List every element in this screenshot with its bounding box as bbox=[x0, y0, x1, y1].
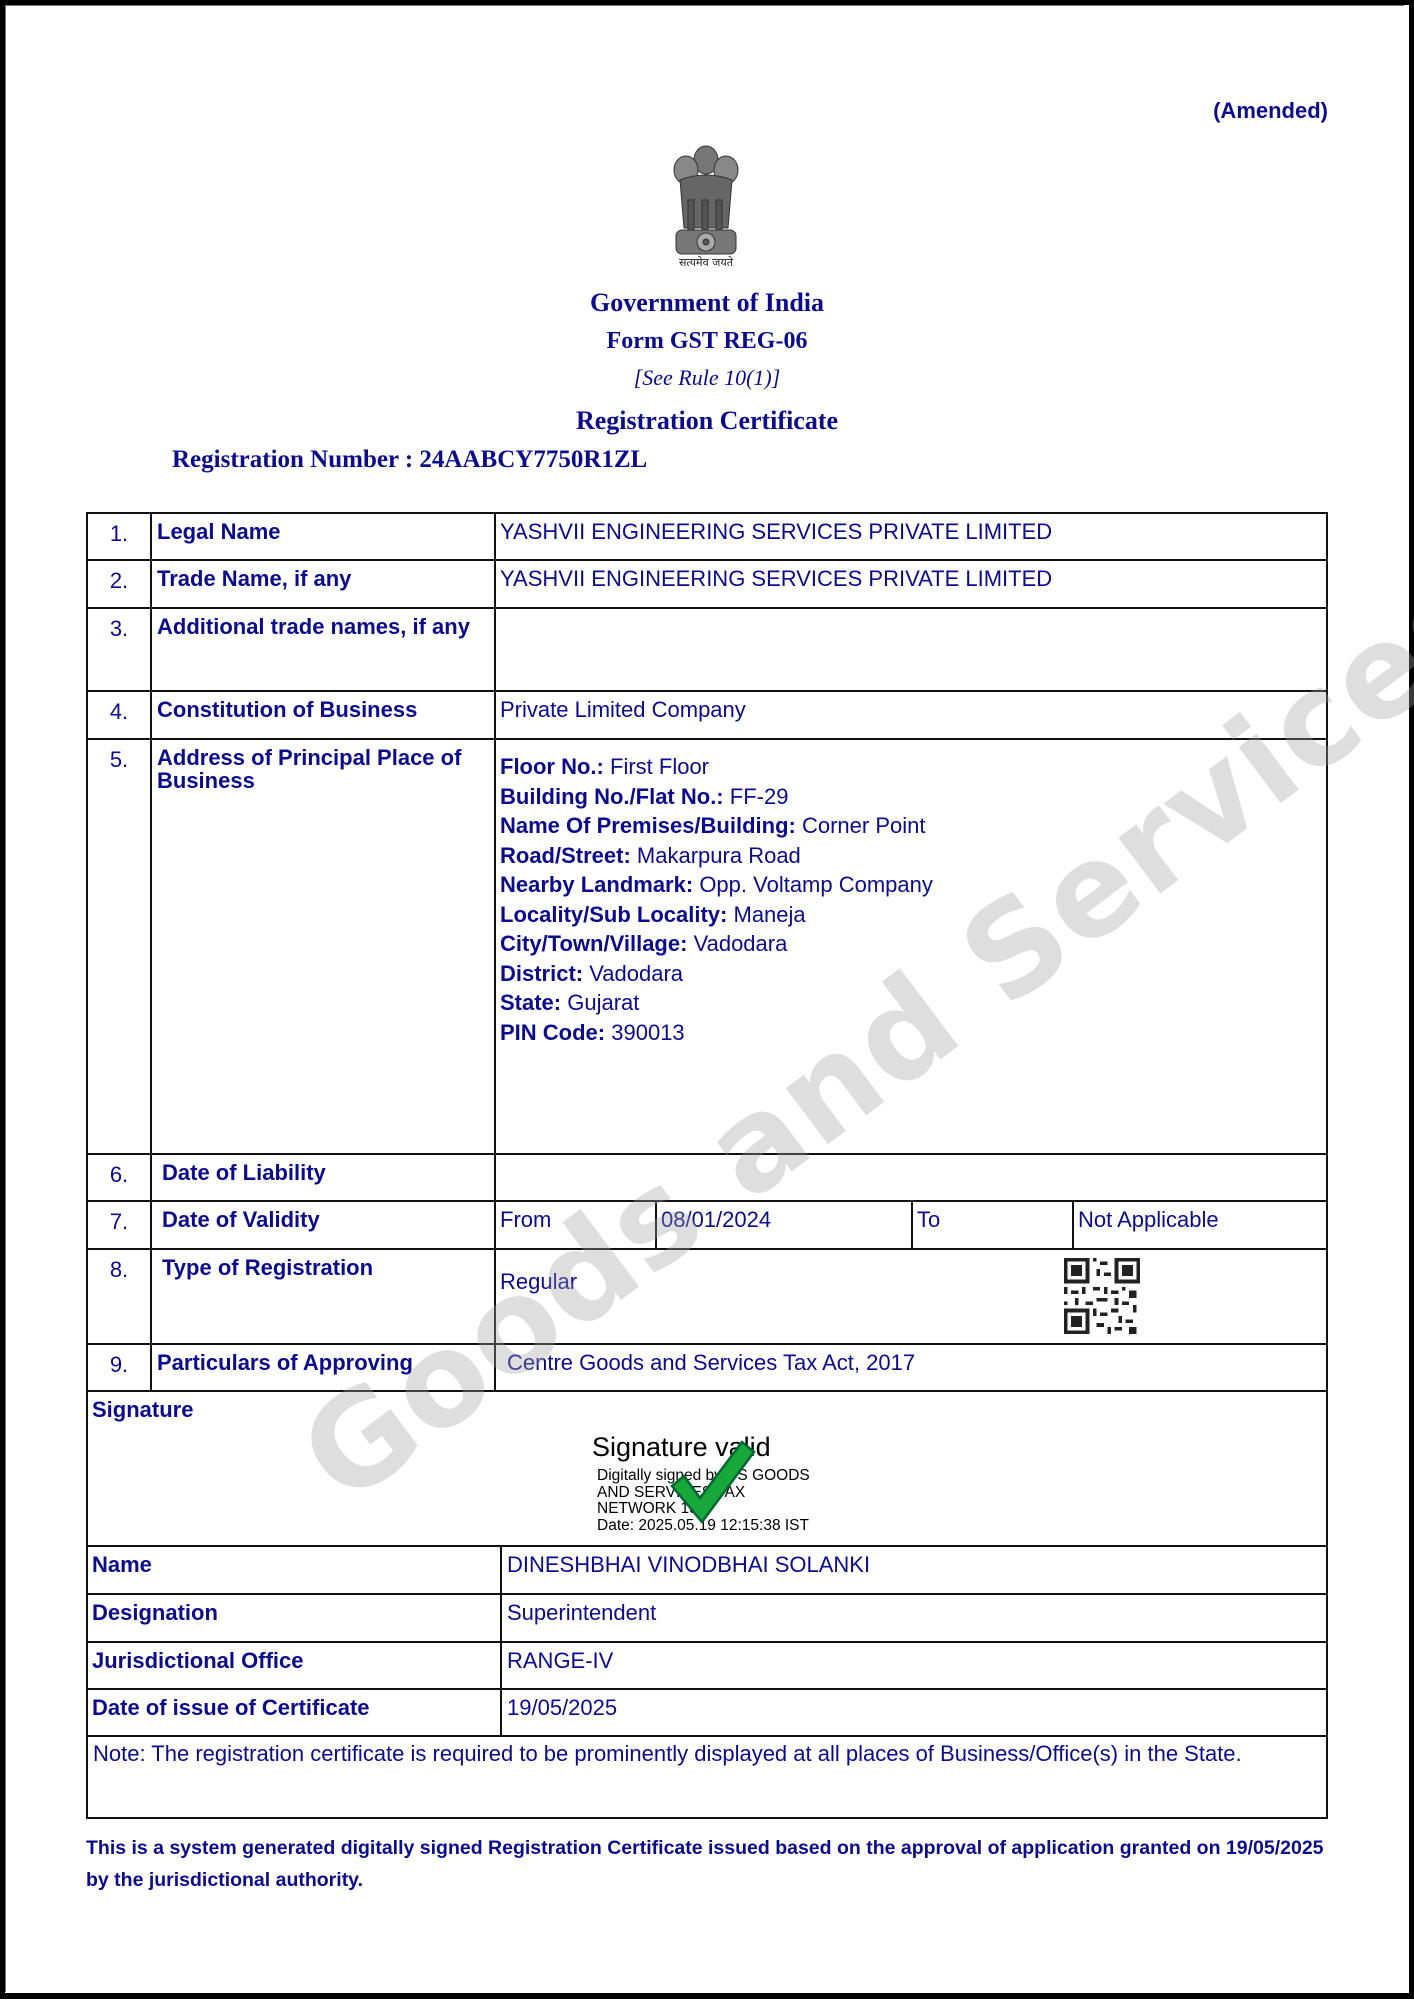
signature-label: Signature bbox=[92, 1397, 193, 1422]
national-emblem-icon bbox=[666, 140, 746, 272]
address-line: Road/Street: Makarpura Road bbox=[500, 841, 1322, 871]
rule-reference: [See Rule 10(1)] bbox=[0, 365, 1414, 391]
row-number: 7. bbox=[86, 1200, 152, 1250]
address-line: State: Gujarat bbox=[500, 988, 1322, 1018]
date-of-issue-value: 19/05/2025 bbox=[500, 1688, 1328, 1737]
address-line: Floor No.: First Floor bbox=[500, 752, 1322, 782]
row-label-constitution: Constitution of Business bbox=[150, 690, 496, 740]
date-of-issue-label: Date of issue of Certificate bbox=[86, 1688, 502, 1737]
row-label-type-of-registration: Type of Registration bbox=[150, 1248, 496, 1345]
particulars-value: Centre Goods and Services Tax Act, 2017 bbox=[494, 1343, 1328, 1392]
row-label-trade-name: Trade Name, if any bbox=[150, 559, 496, 609]
address-value: Floor No.: First Floor Building No./Flat… bbox=[494, 738, 1328, 1155]
qr-code-icon bbox=[1064, 1258, 1140, 1334]
row-label-address: Address of Principal Place of Business bbox=[150, 738, 496, 1155]
validity-from-value: 08/01/2024 bbox=[655, 1200, 913, 1250]
address-line: Name Of Premises/Building: Corner Point bbox=[500, 811, 1322, 841]
row-label-date-of-validity: Date of Validity bbox=[150, 1200, 496, 1250]
legal-name-value: YASHVII ENGINEERING SERVICES PRIVATE LIM… bbox=[494, 512, 1328, 561]
address-line: District: Vadodara bbox=[500, 959, 1322, 989]
officer-name-label: Name bbox=[86, 1545, 502, 1595]
jurisdictional-office-value: RANGE-IV bbox=[500, 1641, 1328, 1690]
government-heading: Government of India bbox=[0, 288, 1414, 318]
row-number: 3. bbox=[86, 607, 152, 692]
trade-name-value: YASHVII ENGINEERING SERVICES PRIVATE LIM… bbox=[494, 559, 1328, 609]
jurisdictional-office-label: Jurisdictional Office bbox=[86, 1641, 502, 1690]
validity-to-value: Not Applicable bbox=[1072, 1200, 1328, 1250]
row-number: 1. bbox=[86, 512, 152, 561]
row-number: 6. bbox=[86, 1153, 152, 1202]
designation-value: Superintendent bbox=[500, 1593, 1328, 1643]
row-number: 8. bbox=[86, 1248, 152, 1345]
address-line: PIN Code: 390013 bbox=[500, 1018, 1322, 1048]
additional-trade-names-value bbox=[494, 607, 1328, 692]
checkmark-icon bbox=[670, 1440, 760, 1530]
row-number: 4. bbox=[86, 690, 152, 740]
row-label-additional-trade-names: Additional trade names, if any bbox=[150, 607, 496, 692]
registration-number: Registration Number : 24AABCY7750R1ZL bbox=[172, 446, 647, 474]
footer-disclaimer: This is a system generated digitally sig… bbox=[86, 1832, 1336, 1896]
row-label-particulars: Particulars of Approving bbox=[150, 1343, 496, 1392]
row-number: 5. bbox=[86, 738, 152, 1155]
constitution-value: Private Limited Company bbox=[494, 690, 1328, 740]
address-line: City/Town/Village: Vadodara bbox=[500, 929, 1322, 959]
validity-from-label: From bbox=[494, 1200, 657, 1250]
row-number: 9. bbox=[86, 1343, 152, 1392]
certificate-title: Registration Certificate bbox=[0, 406, 1414, 436]
note: Note: The registration certificate is re… bbox=[86, 1735, 1328, 1819]
address-line: Nearby Landmark: Opp. Voltamp Company bbox=[500, 870, 1322, 900]
row-number: 2. bbox=[86, 559, 152, 609]
type-of-registration-value: Regular bbox=[494, 1248, 1328, 1345]
designation-label: Designation bbox=[86, 1593, 502, 1643]
amended-label: (Amended) bbox=[1213, 98, 1328, 124]
officer-name-value: DINESHBHAI VINODBHAI SOLANKI bbox=[500, 1545, 1328, 1595]
row-label-legal-name: Legal Name bbox=[150, 512, 496, 561]
emblem-motto: सत्यमेव जयते bbox=[660, 255, 752, 270]
row-label-date-of-liability: Date of Liability bbox=[150, 1153, 496, 1202]
validity-to-label: To bbox=[911, 1200, 1074, 1250]
address-line: Locality/Sub Locality: Maneja bbox=[500, 900, 1322, 930]
address-line: Building No./Flat No.: FF-29 bbox=[500, 782, 1322, 812]
date-of-liability-value bbox=[494, 1153, 1328, 1202]
form-heading: Form GST REG-06 bbox=[0, 328, 1414, 355]
